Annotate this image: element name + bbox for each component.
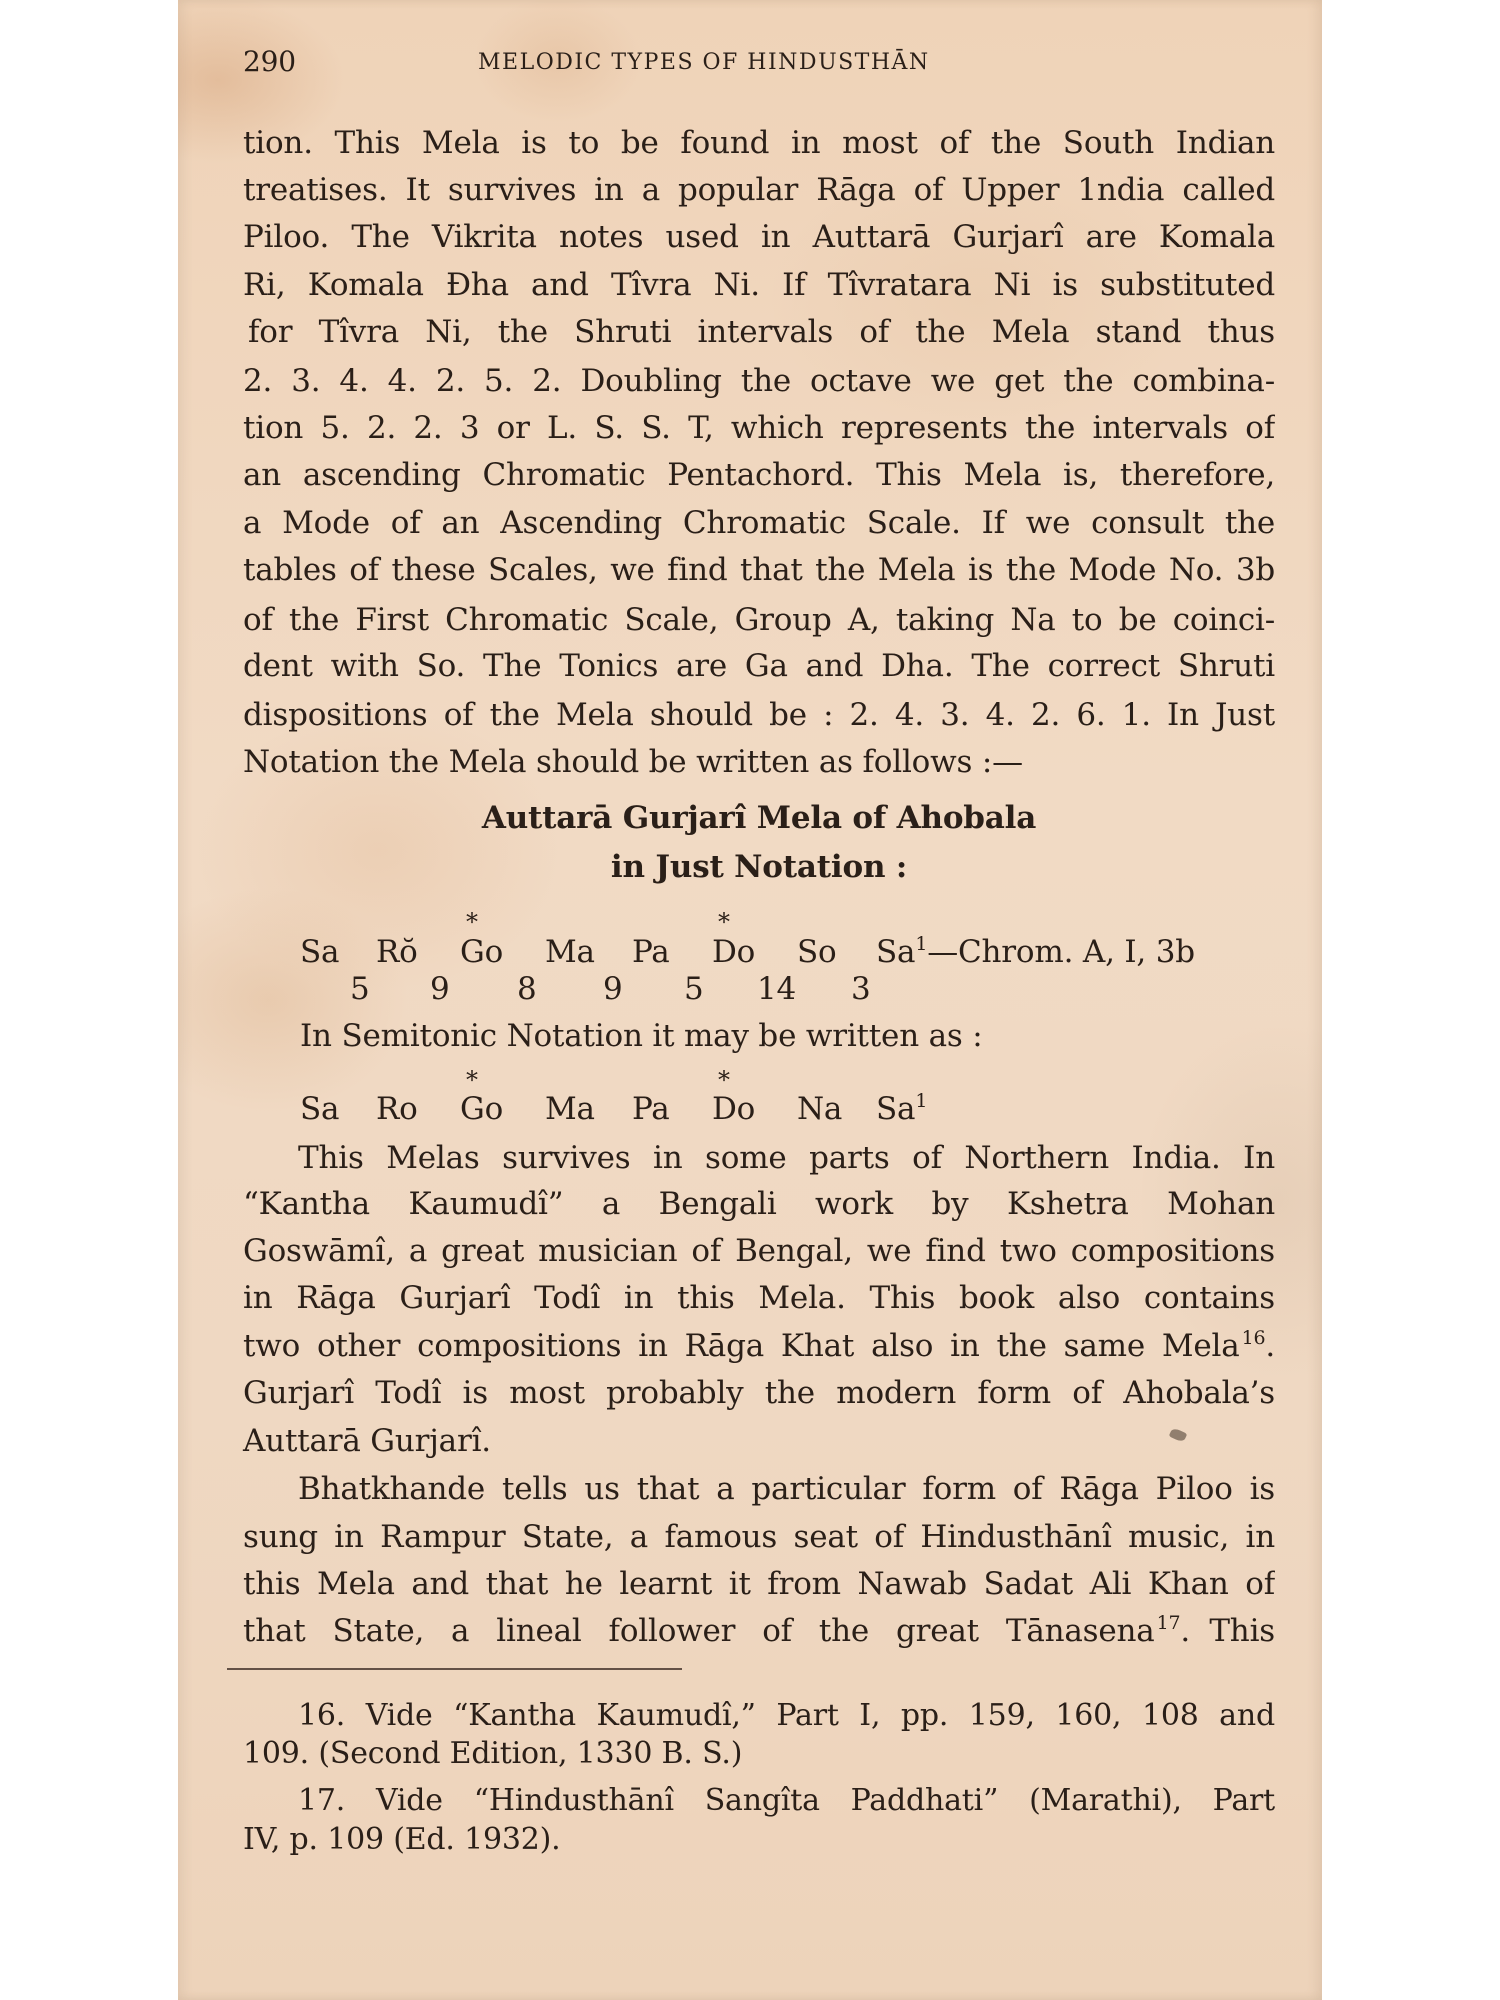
note: Rŏ	[376, 937, 418, 968]
asterisk-marker: *	[718, 1068, 730, 1092]
footnote-16-line-1: 16. Vide “Kantha Kaumudî,” Part I, pp. 1…	[298, 1701, 1275, 1739]
note: Sa	[876, 934, 915, 970]
note: So	[797, 937, 837, 968]
text-line: two other compositions in Rāga Khat also…	[243, 1331, 1242, 1362]
interval-number: 3	[851, 974, 871, 1005]
note: Na	[797, 1094, 842, 1125]
note: Sa	[300, 1094, 339, 1125]
text-line: Gurjarî Todî is most probably the modern…	[243, 1378, 1275, 1416]
text-line: this Mela and that he learnt it from Naw…	[243, 1569, 1275, 1607]
footnote-divider	[227, 1668, 682, 1670]
text-line: dent with So. The Tonics are Ga and Dha.…	[243, 651, 1275, 689]
text-line: for Tîvra Ni, the Shruti intervals of th…	[248, 317, 1275, 355]
text-line: tables of these Scales, we find that the…	[243, 555, 1275, 593]
note: Ma	[545, 1094, 595, 1125]
interval-number: 9	[603, 974, 623, 1005]
text-line: Bhatkhande tells us that a particular fo…	[298, 1474, 1275, 1512]
note: Sa	[300, 937, 339, 968]
text-line: a Mode of an Ascending Chromatic Scale. …	[243, 508, 1275, 546]
text-line: 2. 3. 4. 4. 2. 5. 2. Doubling the octave…	[243, 366, 1275, 404]
text-line: tion. This Mela is to be found in most o…	[243, 128, 1275, 166]
text-line-tail: . This	[1180, 1616, 1275, 1647]
footnote-16-line-2: 109. (Second Edition, 1330 B. S.)	[243, 1739, 742, 1769]
note-with-suffix: Sa1—Chrom. A, I, 3b	[876, 937, 1195, 968]
note: Ro	[376, 1094, 418, 1125]
note: Pa	[632, 1094, 670, 1125]
interval-number: 14	[757, 974, 796, 1005]
text-line: Ri, Komala Ɖha and Tîvra Ni. If Tîvratar…	[243, 270, 1275, 308]
page-number: 290	[243, 48, 296, 76]
footnote-ref-17[interactable]: 17	[1157, 1612, 1181, 1634]
text-line: “Kantha Kaumudî” a Bengali work by Kshet…	[243, 1189, 1275, 1227]
text-line: sung in Rampur State, a famous seat of H…	[243, 1522, 1275, 1560]
text-line-with-footnote: two other compositions in Rāga Khat also…	[243, 1331, 1275, 1362]
octave-superscript: 1	[915, 1090, 927, 1112]
text-line: of the First Chromatic Scale, Group A, t…	[243, 605, 1275, 643]
octave-superscript: 1	[915, 933, 927, 955]
text-line: an ascending Chromatic Pentachord. This …	[243, 460, 1275, 498]
note: Go	[460, 937, 503, 968]
note-with-superscript: Sa1	[876, 1094, 927, 1125]
section-heading-line-1: Auttarā Gurjarî Mela of Ahobala	[243, 803, 1275, 834]
asterisk-marker: *	[466, 910, 478, 934]
text-line: tion 5. 2. 2. 3 or L. S. S. T, which rep…	[243, 413, 1275, 451]
asterisk-marker: *	[466, 1068, 478, 1092]
text-line: Notation the Mela should be written as f…	[243, 747, 1275, 785]
note: Do	[712, 1094, 755, 1125]
text-line: Goswāmî, a great musician of Bengal, we …	[243, 1236, 1275, 1274]
chromatic-reference: —Chrom. A, I, 3b	[927, 934, 1195, 970]
interval-number: 5	[684, 974, 704, 1005]
running-title: MELODIC TYPES OF HINDUSTHĀN	[478, 52, 930, 74]
note: Ma	[545, 937, 595, 968]
asterisk-marker: *	[718, 910, 730, 934]
section-heading-line-2: in Just Notation :	[243, 852, 1275, 883]
text-line: Piloo. The Vikrita notes used in Auttarā…	[243, 222, 1275, 260]
text-line: in Rāga Gurjarî Todî in this Mela. This …	[243, 1283, 1275, 1321]
interval-number: 9	[430, 974, 450, 1005]
text-line-with-footnote: that State, a lineal follower of the gre…	[243, 1616, 1275, 1647]
note: Do	[712, 937, 755, 968]
note: Sa	[876, 1091, 915, 1127]
footnote-17-line-1: 17. Vide “Hindusthānî Sangîta Paddhati” …	[298, 1786, 1275, 1824]
text-line: that State, a lineal follower of the gre…	[243, 1616, 1157, 1647]
text-line: treatises. It survives in a popular Rāga…	[243, 175, 1275, 213]
note: Pa	[632, 937, 670, 968]
footnote-17-line-2: IV, p. 109 (Ed. 1932).	[243, 1825, 561, 1855]
semitonic-intro: In Semitonic Notation it may be written …	[300, 1021, 983, 1052]
text-line: dispositions of the Mela should be : 2. …	[243, 700, 1275, 738]
interval-number: 8	[517, 974, 537, 1005]
interval-number: 5	[350, 974, 370, 1005]
note: Go	[460, 1094, 503, 1125]
text-line: This Melas survives in some parts of Nor…	[298, 1143, 1275, 1181]
text-line: Auttarā Gurjarî.	[243, 1426, 491, 1457]
footnote-ref-16[interactable]: 16	[1242, 1327, 1266, 1349]
